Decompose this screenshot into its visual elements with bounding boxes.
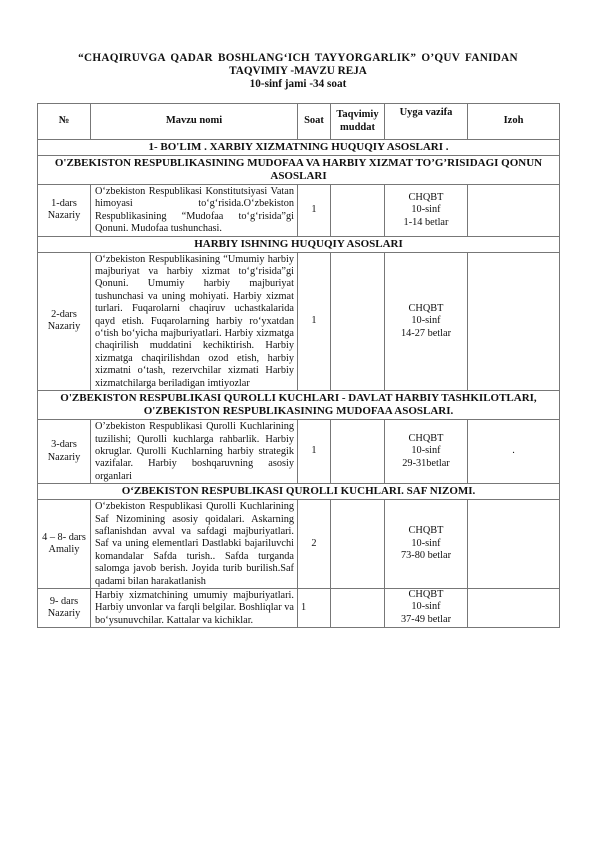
- homework-book: CHQBT: [388, 192, 464, 204]
- lesson-date: [331, 500, 385, 589]
- lesson-hours: 2: [298, 500, 331, 589]
- lesson-homework: CHQBT 10-sinf 1-14 betlar: [385, 185, 468, 237]
- homework-grade: 10-sinf: [388, 538, 464, 550]
- lesson-homework: CHQBT 10-sinf 37-49 betlar: [385, 588, 468, 627]
- lesson-number: 1-dars Nazariy: [38, 185, 91, 237]
- table-header-row: № Mavzu nomi Soat Taqvimiy muddat Uyga v…: [38, 104, 560, 140]
- lesson-number: 9- dars Nazariy: [38, 588, 91, 627]
- lesson-notes: [468, 500, 560, 589]
- lesson-date: [331, 588, 385, 627]
- header-topic: Mavzu nomi: [91, 104, 298, 140]
- lesson-homework: CHQBT 10-sinf 29-31betlar: [385, 420, 468, 484]
- lesson-number: 4 – 8- dars Amaliy: [38, 500, 91, 589]
- lesson-notes: [468, 185, 560, 237]
- homework-pages: 1-14 betlar: [388, 217, 464, 229]
- homework-pages: 73-80 betlar: [388, 550, 464, 562]
- lesson-topic: O‘zbekiston Respublikasi Qurolli Kuchlar…: [91, 500, 298, 589]
- table-row: 9- dars Nazariy Harbiy xizmatchining umu…: [38, 588, 560, 627]
- document-grade-hours: 10-sinf jami -34 soat: [0, 78, 596, 91]
- document-subtitle: TAQVIMIY -MAVZU REJA: [0, 65, 596, 78]
- lesson-topic: Harbiy xizmatchining umumiy majburiyatla…: [91, 588, 298, 627]
- lesson-hours: 1: [298, 420, 331, 484]
- section-heading: O'ZBEKISTON RESPUBLIKASINING MUDOFAA VA …: [38, 156, 560, 185]
- lesson-topic: O‘zbekiston Respublikasi Konstitutsiyasi…: [91, 185, 298, 237]
- lesson-date: [331, 252, 385, 390]
- header-hours: Soat: [298, 104, 331, 140]
- homework-book: CHQBT: [388, 525, 464, 537]
- header-notes: Izoh: [468, 104, 560, 140]
- homework-book: CHQBT: [388, 589, 464, 601]
- lesson-topic: O‘zbekiston Respublikasining “Umumiy har…: [91, 252, 298, 390]
- homework-pages: 14-27 betlar: [388, 328, 464, 340]
- table-row: 2-dars Nazariy O‘zbekiston Respublikasin…: [38, 252, 560, 390]
- lesson-number: 2-dars Nazariy: [38, 252, 91, 390]
- homework-grade: 10-sinf: [388, 204, 464, 216]
- homework-pages: 29-31betlar: [388, 458, 464, 470]
- section-heading: HARBIY ISHNING HUQUQIY ASOSLARI: [38, 236, 560, 252]
- lesson-hours: 1: [298, 588, 331, 627]
- homework-grade: 10-sinf: [388, 445, 464, 457]
- section-row: O‘ZBEKISTON RESPUBLIKASI QUROLLI KUCHLAR…: [38, 484, 560, 500]
- homework-grade: 10-sinf: [388, 315, 464, 327]
- lesson-hours: 1: [298, 252, 331, 390]
- header-date: Taqvimiy muddat: [331, 104, 385, 140]
- lesson-date: [331, 185, 385, 237]
- lesson-date: [331, 420, 385, 484]
- section-heading: 1- BO'LIM . XARBIY XIZMATNING HUQUQIY AS…: [38, 140, 560, 156]
- document-title: “CHAQIRUVGA QADAR BOSHLANG‘ICH TAYYORGAR…: [0, 52, 596, 65]
- lesson-notes: [468, 252, 560, 390]
- section-row: O'ZBEKISTON RESPUBLIKASI QUROLLI KUCHLAR…: [38, 391, 560, 420]
- calendar-plan-table: № Mavzu nomi Soat Taqvimiy muddat Uyga v…: [37, 103, 560, 628]
- header-homework: Uyga vazifa: [385, 104, 468, 140]
- homework-pages: 37-49 betlar: [388, 614, 464, 626]
- section-row: O'ZBEKISTON RESPUBLIKASINING MUDOFAA VA …: [38, 156, 560, 185]
- table-row: 1-dars Nazariy O‘zbekiston Respublikasi …: [38, 185, 560, 237]
- lesson-notes: [468, 588, 560, 627]
- lesson-homework: CHQBT 10-sinf 14-27 betlar: [385, 252, 468, 390]
- homework-book: CHQBT: [388, 303, 464, 315]
- section-heading: O‘ZBEKISTON RESPUBLIKASI QUROLLI KUCHLAR…: [38, 484, 560, 500]
- section-row: 1- BO'LIM . XARBIY XIZMATNING HUQUQIY AS…: [38, 140, 560, 156]
- section-row: HARBIY ISHNING HUQUQIY ASOSLARI: [38, 236, 560, 252]
- lesson-hours: 1: [298, 185, 331, 237]
- lesson-homework: CHQBT 10-sinf 73-80 betlar: [385, 500, 468, 589]
- table-row: 4 – 8- dars Amaliy O‘zbekiston Respublik…: [38, 500, 560, 589]
- homework-book: CHQBT: [388, 433, 464, 445]
- lesson-number: 3-dars Nazariy: [38, 420, 91, 484]
- lesson-topic: O’zbekiston Respublikasi Qurolli Kuchlar…: [91, 420, 298, 484]
- table-row: 3-dars Nazariy O’zbekiston Respublikasi …: [38, 420, 560, 484]
- header-number: №: [38, 104, 91, 140]
- section-heading: O'ZBEKISTON RESPUBLIKASI QUROLLI KUCHLAR…: [38, 391, 560, 420]
- lesson-notes: .: [468, 420, 560, 484]
- homework-grade: 10-sinf: [388, 601, 464, 613]
